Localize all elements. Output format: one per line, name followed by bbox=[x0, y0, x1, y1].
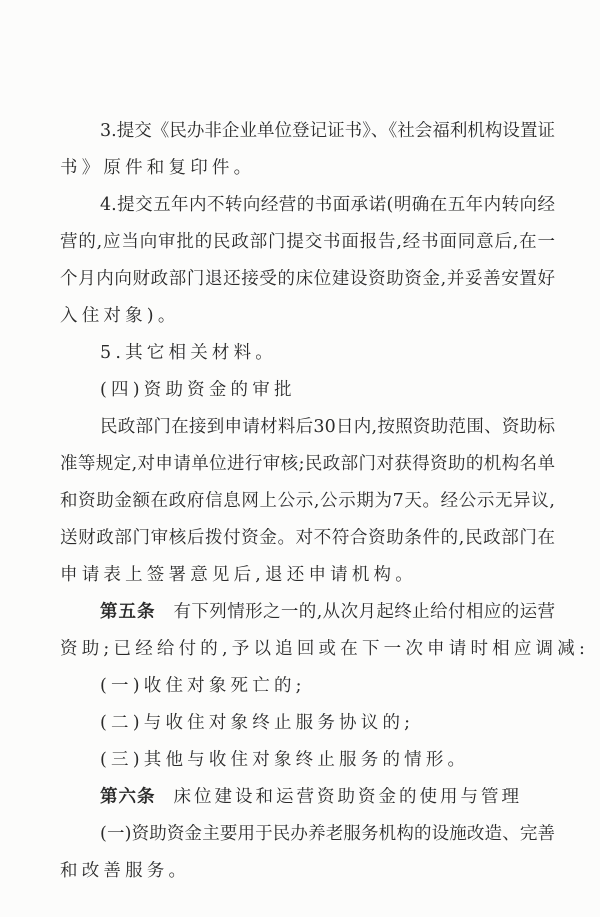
article-5-line-2: 资助;已经给付的,予以追回或在下一次申请时相应调减: bbox=[60, 638, 555, 660]
paragraph-item-4-line-1: 4.提交五年内不转向经营的书面承诺(明确在五年内转向经 bbox=[100, 194, 555, 216]
approval-paragraph-line-3: 和资助金额在政府信息网上公示,公示期为7天。经公示无异议, bbox=[60, 490, 555, 512]
document-page: 3.提交《民办非企业单位登记证书》、《社会福利机构设置证 书》原件和复印件。 4… bbox=[0, 0, 600, 917]
paragraph-item-3-line-1: 3.提交《民办非企业单位登记证书》、《社会福利机构设置证 bbox=[100, 120, 555, 142]
paragraph-item-5: 5.其它相关材料。 bbox=[100, 342, 555, 364]
article-5-text: 有下列情形之一的,从次月起终止给付相应的运营 bbox=[174, 601, 556, 623]
article-6-item-1-line-1: (一)资助资金主要用于民办养老服务机构的设施改造、完善 bbox=[100, 823, 555, 845]
approval-paragraph-line-5: 申请表上签署意见后,退还申请机构。 bbox=[60, 564, 555, 586]
article-6-item-1-line-2: 和改善服务。 bbox=[60, 860, 555, 882]
article-6-text: 床位建设和运营资助资金的使用与管理 bbox=[174, 786, 523, 808]
paragraph-item-4-line-4: 入住对象)。 bbox=[60, 305, 555, 327]
article-5-item-3: (三)其他与收住对象终止服务的情形。 bbox=[100, 749, 555, 771]
article-5-item-2: (二)与收住对象终止服务协议的; bbox=[100, 712, 555, 734]
article-5-item-1: (一)收住对象死亡的; bbox=[100, 675, 555, 697]
article-6-label: 第六条 bbox=[100, 786, 156, 808]
article-5-label: 第五条 bbox=[100, 601, 156, 623]
approval-paragraph-line-1: 民政部门在接到申请材料后30日内,按照资助范围、资助标 bbox=[100, 416, 555, 438]
approval-paragraph-line-4: 送财政部门审核后拨付资金。对不符合资助条件的,民政部门在 bbox=[60, 527, 555, 549]
paragraph-item-4-line-2: 营的,应当向审批的民政部门提交书面报告,经书面同意后,在一 bbox=[60, 231, 555, 253]
approval-paragraph-line-2: 准等规定,对申请单位进行审核;民政部门对获得资助的机构名单 bbox=[60, 453, 555, 475]
article-6-heading: 第六条 床位建设和运营资助资金的使用与管理 bbox=[100, 786, 555, 808]
paragraph-item-4-line-3: 个月内向财政部门退还接受的床位建设资助资金,并妥善安置好 bbox=[60, 268, 555, 290]
article-5-line-1: 第五条 有下列情形之一的,从次月起终止给付相应的运营 bbox=[100, 601, 555, 623]
section-heading-approval: (四)资助资金的审批 bbox=[100, 379, 555, 401]
paragraph-item-3-line-2: 书》原件和复印件。 bbox=[60, 157, 555, 179]
